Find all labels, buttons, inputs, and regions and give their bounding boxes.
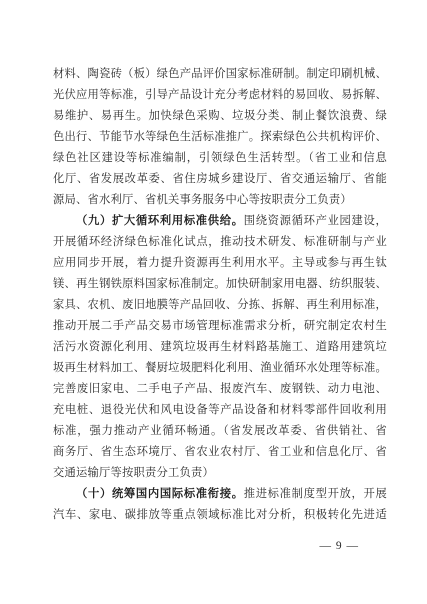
body-text: 材料、陶瓷砖（板）绿色产品评价国家标准研制。制定印刷机械、 <box>53 68 387 80</box>
document-line: 充电桩、退役光伏和风电设备等产品设备和材料零部件回收利用 <box>53 400 387 421</box>
body-text: 商务厅、省生态环境厅、省农业农村厅、省工业和信息化厅、省 <box>53 446 387 458</box>
document-line: （十）统筹国内国际标准衔接。推进标准制度型开放，开展 <box>53 484 387 505</box>
section-heading-text: （九）扩大循环利用标准供给。 <box>76 215 244 227</box>
section-heading-text: （十）统筹国内国际标准衔接。 <box>76 488 244 500</box>
body-text: 家具、农机、废旧地膜等产品回收、分拣、拆解、再生利用标准， <box>53 299 387 311</box>
body-text: 汽车、家电、碳排放等重点领域标准比对分析，积极转化先进适 <box>53 509 387 521</box>
body-text: 完善废旧家电、二手电子产品、报废汽车、废钢铁、动力电池、 <box>53 383 387 395</box>
document-line: 汽车、家电、碳排放等重点领域标准比对分析，积极转化先进适 <box>53 505 387 526</box>
body-text: 应用同步开展，着力提升资源再生利用水平。主导或参与再生钛 <box>53 257 387 269</box>
body-text: 色出行、节能节水等绿色生活标准推广。探索绿色公共机构评价、 <box>53 131 387 143</box>
body-text: 易维护、易再生。加快绿色采购、垃圾分类、制止餐饮浪费、绿 <box>53 110 387 122</box>
document-line: 家具、农机、废旧地膜等产品回收、分拣、拆解、再生利用标准， <box>53 295 387 316</box>
document-line: 易维护、易再生。加快绿色采购、垃圾分类、制止餐饮浪费、绿 <box>53 106 387 127</box>
document-line: 标准，强力推动产业循环畅通。（省发展改革委、省供销社、省 <box>53 421 387 442</box>
body-text: 化厅、省发展改革委、省住房城乡建设厅、省交通运输厅、省能 <box>53 173 387 185</box>
document-line: （九）扩大循环利用标准供给。围绕资源循环产业园建设， <box>53 211 387 232</box>
document-line: 源局、省水利厅、省机关事务服务中心等按职责分工负责） <box>53 190 387 211</box>
body-text: 开展循环经济绿色标准化试点，推动技术研发、标准研制与产业 <box>53 236 387 248</box>
body-text: 交通运输厅等按职责分工负责） <box>53 467 214 479</box>
body-text: 围绕资源循环产业园建设， <box>244 215 387 227</box>
document-line: 镁、再生钢铁原料国家标准制定。加快研制家用电器、纺织服装、 <box>53 274 387 295</box>
document-line: 材料、陶瓷砖（板）绿色产品评价国家标准研制。制定印刷机械、 <box>53 64 387 85</box>
document-line: 光伏应用等标准，引导产品设计充分考虑材料的易回收、易拆解、 <box>53 85 387 106</box>
body-text: 活污水资源化利用、建筑垃圾再生材料路基施工、道路用建筑垃 <box>53 341 387 353</box>
body-text: 圾再生材料加工、餐厨垃圾肥料化利用、渔业循环水处理等标准。 <box>53 362 387 374</box>
document-line: 绿色社区建设等标准编制，引领绿色生活转型。（省工业和信息 <box>53 148 387 169</box>
document-page: 材料、陶瓷砖（板）绿色产品评价国家标准研制。制定印刷机械、光伏应用等标准，引导产… <box>0 0 427 604</box>
document-body: 材料、陶瓷砖（板）绿色产品评价国家标准研制。制定印刷机械、光伏应用等标准，引导产… <box>53 64 387 526</box>
document-line: 色出行、节能节水等绿色生活标准推广。探索绿色公共机构评价、 <box>53 127 387 148</box>
body-text: 镁、再生钢铁原料国家标准制定。加快研制家用电器、纺织服装、 <box>53 278 387 290</box>
document-line: 完善废旧家电、二手电子产品、报废汽车、废钢铁、动力电池、 <box>53 379 387 400</box>
body-text: 推动开展二手产品交易市场管理标准需求分析，研究制定农村生 <box>53 320 387 332</box>
document-line: 商务厅、省生态环境厅、省农业农村厅、省工业和信息化厅、省 <box>53 442 387 463</box>
document-line: 活污水资源化利用、建筑垃圾再生材料路基施工、道路用建筑垃 <box>53 337 387 358</box>
document-line: 开展循环经济绿色标准化试点，推动技术研发、标准研制与产业 <box>53 232 387 253</box>
body-text: 绿色社区建设等标准编制，引领绿色生活转型。（省工业和信息 <box>53 152 387 164</box>
document-line: 化厅、省发展改革委、省住房城乡建设厅、省交通运输厅、省能 <box>53 169 387 190</box>
body-text: 充电桩、退役光伏和风电设备等产品设备和材料零部件回收利用 <box>53 404 387 416</box>
document-line: 应用同步开展，着力提升资源再生利用水平。主导或参与再生钛 <box>53 253 387 274</box>
body-text: 标准，强力推动产业循环畅通。（省发展改革委、省供销社、省 <box>53 425 387 437</box>
body-text: 光伏应用等标准，引导产品设计充分考虑材料的易回收、易拆解、 <box>53 89 387 101</box>
body-text: 推进标准制度型开放，开展 <box>244 488 387 500</box>
page-number: — 9 — <box>320 536 360 557</box>
body-text: 源局、省水利厅、省机关事务服务中心等按职责分工负责） <box>53 194 352 206</box>
document-line: 圾再生材料加工、餐厨垃圾肥料化利用、渔业循环水处理等标准。 <box>53 358 387 379</box>
document-line: 推动开展二手产品交易市场管理标准需求分析，研究制定农村生 <box>53 316 387 337</box>
document-line: 交通运输厅等按职责分工负责） <box>53 463 387 484</box>
